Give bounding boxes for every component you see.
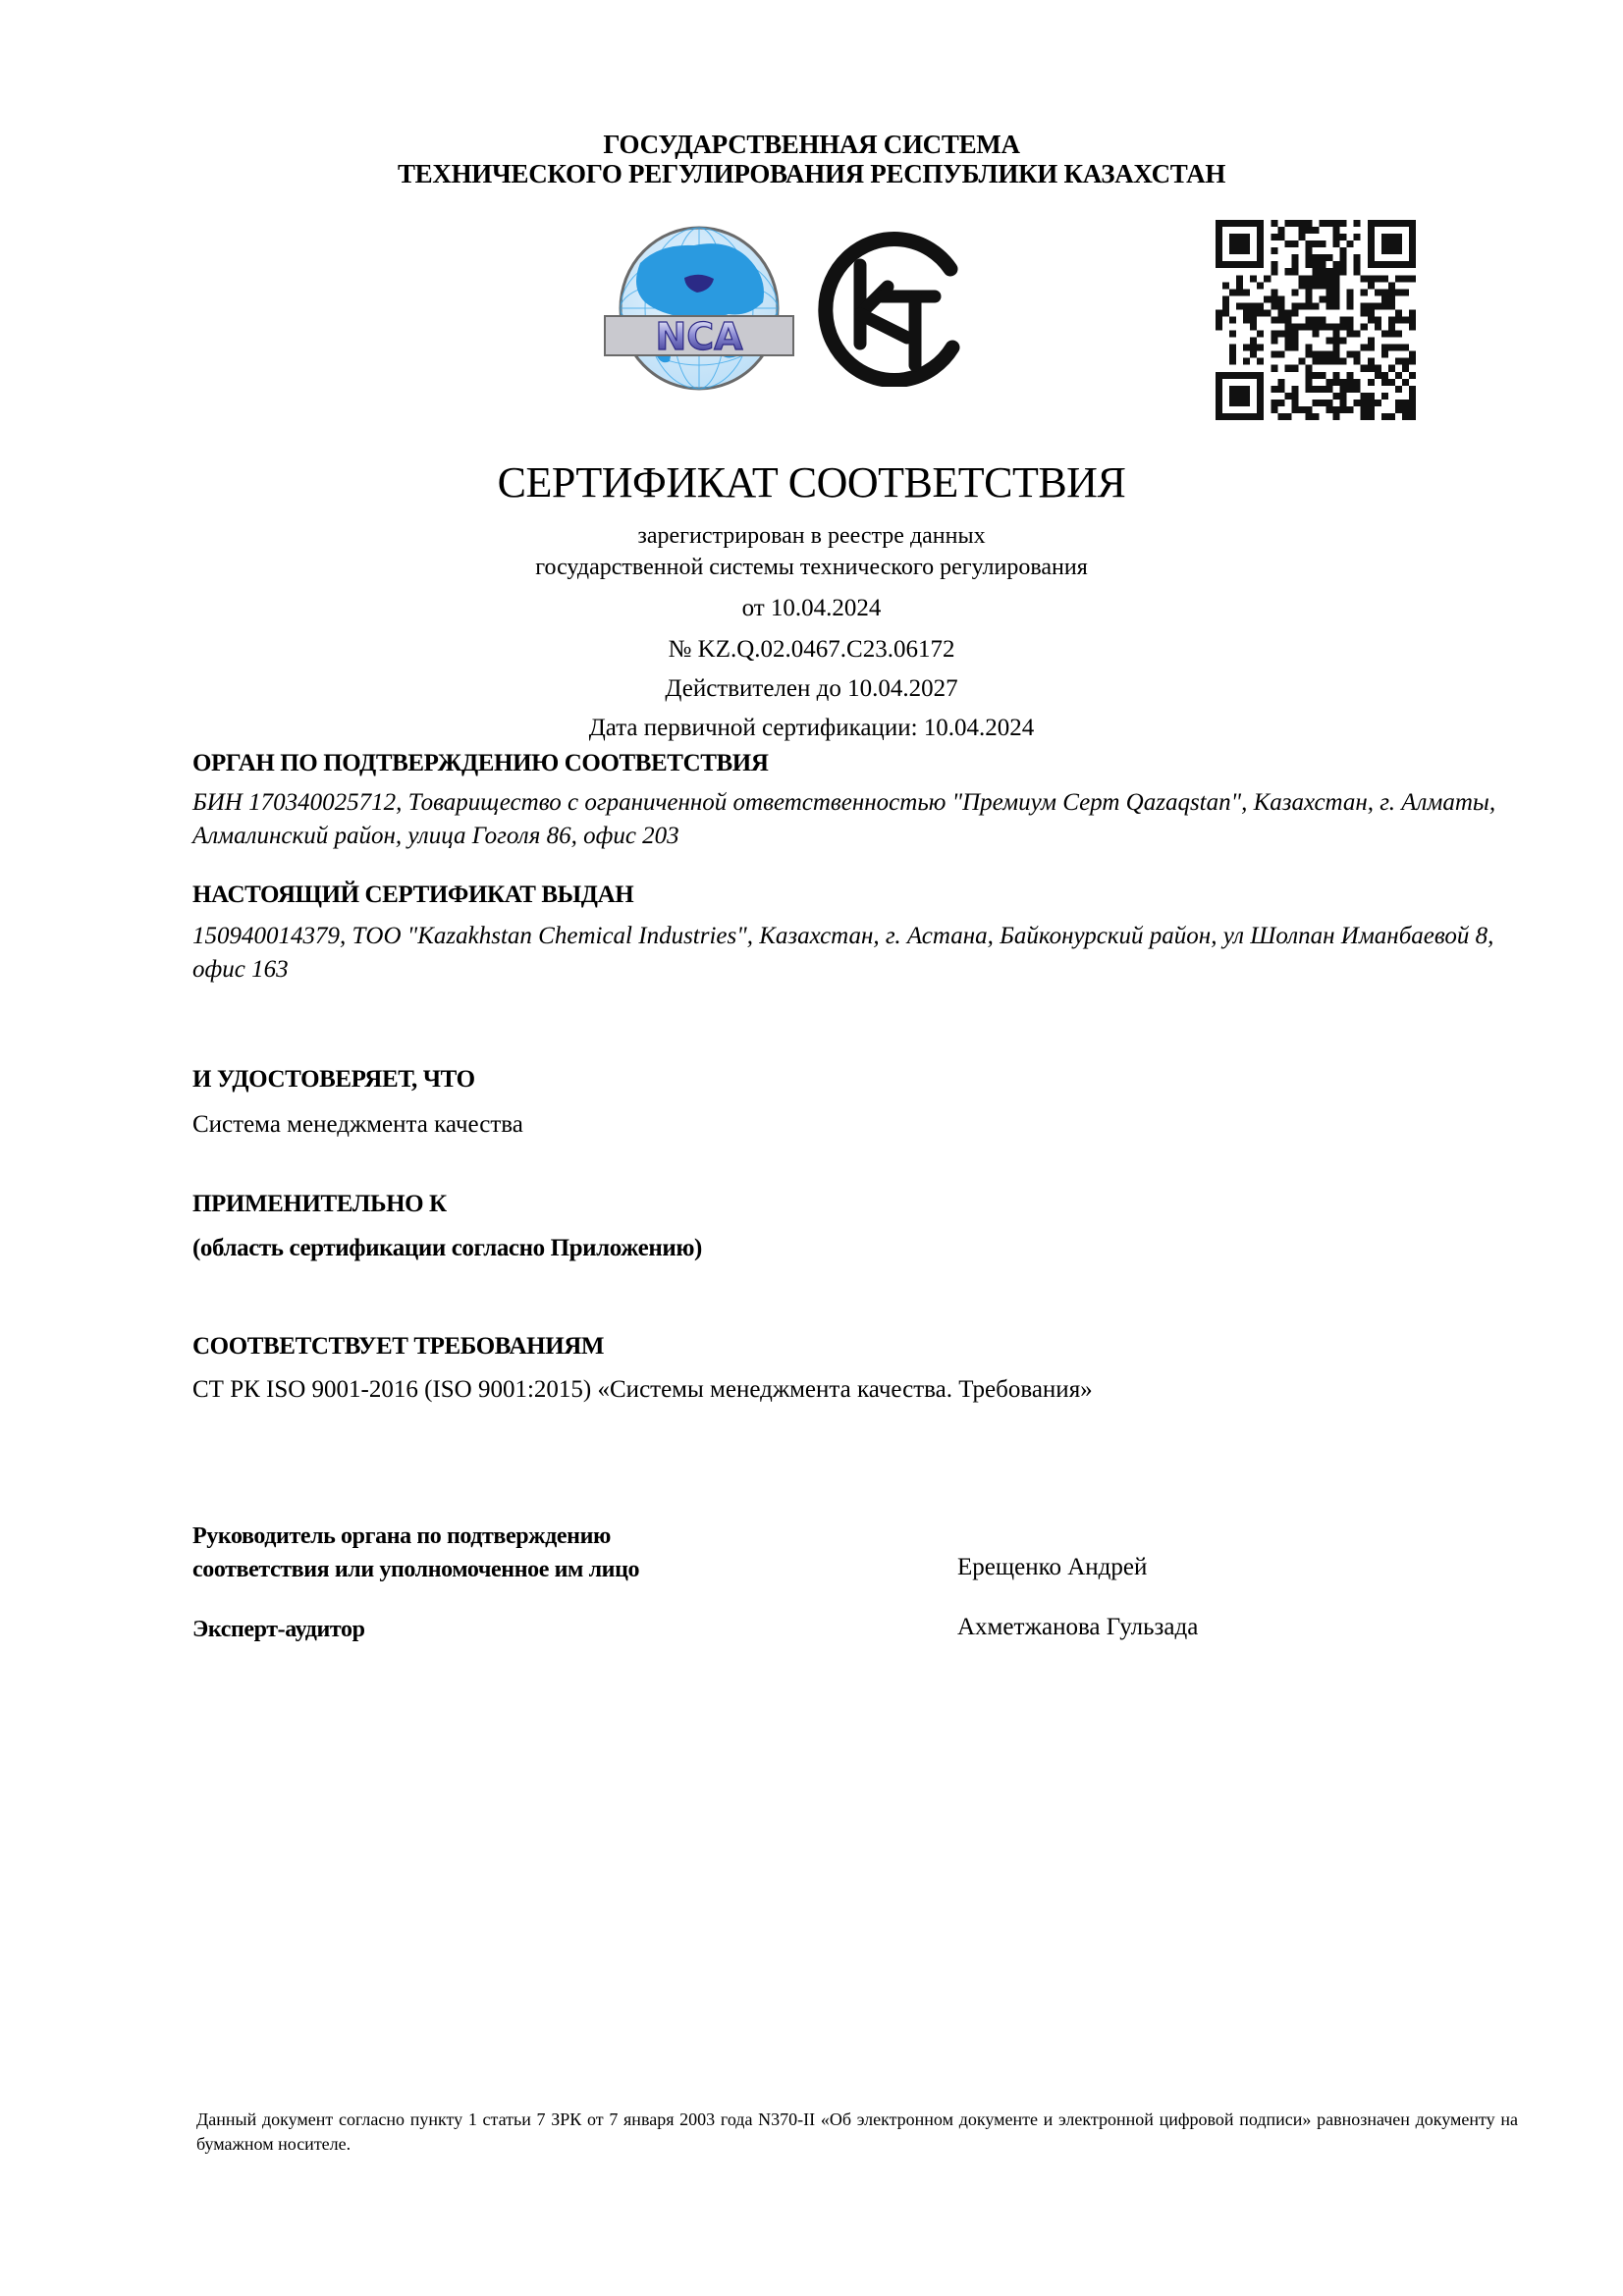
registered-line-2: государственной системы технического рег… bbox=[0, 552, 1623, 583]
header-line-2: ТЕХНИЧЕСКОГО РЕГУЛИРОВАНИЯ РЕСПУБЛИКИ КА… bbox=[0, 159, 1623, 188]
certificate-number: № KZ.Q.02.0467.C23.06172 bbox=[0, 636, 1623, 664]
qr-code[interactable] bbox=[1216, 220, 1416, 420]
section-heading-certifies: И УДОСТОВЕРЯЕТ, ЧТО bbox=[192, 1066, 475, 1094]
head-role-line-2: соответствия или уполномоченное им лицо bbox=[192, 1554, 639, 1585]
nca-logo: NCA bbox=[601, 224, 797, 393]
certificate-title: СЕРТИФИКАТ СООТВЕТСТВИЯ bbox=[0, 457, 1623, 507]
section-heading-applicable-to: ПРИМЕНИТЕЛЬНО К bbox=[192, 1191, 447, 1218]
certification-body-details: БИН 170340025712, Товарищество с огранич… bbox=[192, 786, 1528, 853]
legal-footer-note: Данный документ согласно пункту 1 статьи… bbox=[196, 2108, 1518, 2157]
issued-to-details: 150940014379, ТОО "Kazakhstan Chemical I… bbox=[192, 920, 1528, 987]
qr-code-icon bbox=[1216, 220, 1416, 420]
section-heading-certification-body: ОРГАН ПО ПОДТВЕРЖДЕНИЮ СООТВЕТСТВИЯ bbox=[192, 750, 769, 777]
standard-reference: СТ РК ISO 9001-2016 (ISO 9001:2015) «Сис… bbox=[192, 1376, 1093, 1404]
registered-line-1: зарегистрирован в реестре данных bbox=[0, 520, 1623, 552]
certified-subject: Система менеджмента качества bbox=[192, 1111, 523, 1139]
svg-text:NCA: NCA bbox=[655, 315, 743, 358]
kt-conformity-mark bbox=[813, 228, 966, 387]
auditor-name: Ахметжанова Гульзада bbox=[957, 1614, 1198, 1641]
header-line-1: ГОСУДАРСТВЕННАЯ СИСТЕМА bbox=[0, 130, 1623, 159]
kt-mark-icon bbox=[813, 228, 966, 387]
certification-scope: (область сертификации согласно Приложени… bbox=[192, 1235, 702, 1262]
section-heading-issued-to: НАСТОЯЩИЙ СЕРТИФИКАТ ВЫДАН bbox=[192, 881, 633, 909]
first-certification-date: Дата первичной сертификации: 10.04.2024 bbox=[0, 715, 1623, 742]
head-role-line-1: Руководитель органа по подтверждению bbox=[192, 1521, 611, 1552]
valid-until: Действителен до 10.04.2027 bbox=[0, 675, 1623, 703]
certificate-date: от 10.04.2024 bbox=[0, 595, 1623, 622]
head-name: Ерещенко Андрей bbox=[957, 1554, 1147, 1581]
section-heading-complies-with: СООТВЕТСТВУЕТ ТРЕБОВАНИЯМ bbox=[192, 1333, 604, 1361]
auditor-role: Эксперт-аудитор bbox=[192, 1614, 365, 1645]
nca-globe-icon: NCA bbox=[601, 224, 797, 393]
